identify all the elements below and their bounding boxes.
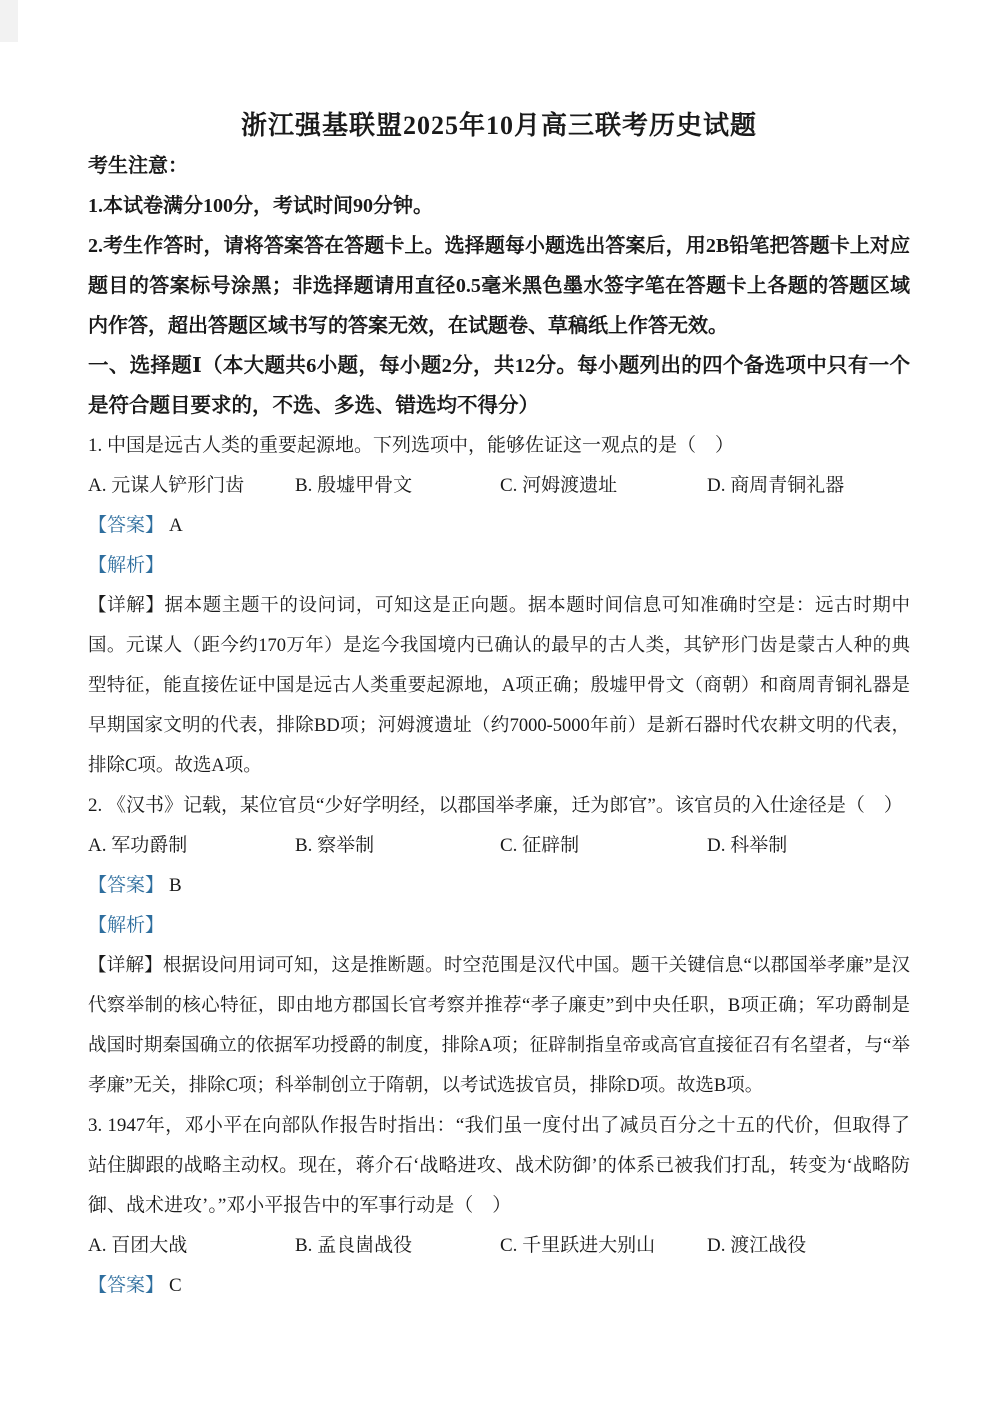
answer-label: 【答案】 [88, 1275, 164, 1296]
answer-line: 【答案】B [88, 866, 910, 906]
option-b: B. 殷墟甲骨文 [295, 466, 500, 506]
detail-paragraph: 【详解】据本题主题干的设问词，可知这是正向题。据本题时间信息可知准确时空是：远古… [88, 586, 910, 786]
option-b: B. 孟良崮战役 [295, 1226, 500, 1266]
notice-line-2: 2.考生作答时，请将答案答在答题卡上。选择题每小题选出答案后，用2B铅笔把答题卡… [88, 226, 910, 346]
answer-letter: A [169, 515, 183, 536]
detail-label: 【详解】 [88, 956, 163, 976]
option-a: A. 元谋人铲形门齿 [88, 466, 295, 506]
option-a: A. 军功爵制 [88, 826, 295, 866]
answer-label: 【答案】 [88, 515, 164, 536]
analysis-line: 【解析】 [88, 906, 910, 946]
detail-text: 根据设问用词可知，这是推断题。时空范围是汉代中国。题干关键信息“以郡国举孝廉”是… [88, 956, 910, 1096]
answer-line: 【答案】A [88, 506, 910, 546]
exam-paper-page: 浙江强基联盟2025年10月高三联考历史试题 考生注意： 1.本试卷满分100分… [0, 0, 1000, 1414]
question-stem: 2. 《汉书》记载，某位官员“少好学明经，以郡国举孝廉，迁为郎官”。该官员的入仕… [88, 786, 910, 826]
option-d: D. 商周青铜礼器 [707, 466, 910, 506]
analysis-label: 【解析】 [88, 555, 164, 576]
option-a: A. 百团大战 [88, 1226, 295, 1266]
notice-line-1: 1.本试卷满分100分，考试时间90分钟。 [88, 186, 910, 226]
detail-text: 据本题主题干的设问词，可知这是正向题。据本题时间信息可知准确时空是：远古时期中国… [88, 596, 910, 776]
option-b: B. 察举制 [295, 826, 500, 866]
question-stem: 3. 1947年，邓小平在向部队作报告时指出：“我们虽一度付出了减员百分之十五的… [88, 1106, 910, 1226]
answer-letter: B [169, 875, 182, 896]
detail-label: 【详解】 [88, 596, 165, 616]
answer-label: 【答案】 [88, 875, 164, 896]
options-row: A. 百团大战B. 孟良崮战役C. 千里跃进大别山D. 渡江战役 [88, 1226, 910, 1266]
detail-paragraph: 【详解】根据设问用词可知，这是推断题。时空范围是汉代中国。题干关键信息“以郡国举… [88, 946, 910, 1106]
answer-line: 【答案】C [88, 1266, 910, 1306]
questions-container: 1. 中国是远古人类的重要起源地。下列选项中，能够佐证这一观点的是（ ）A. 元… [88, 426, 910, 1306]
option-d: D. 科举制 [707, 826, 910, 866]
page-title: 浙江强基联盟2025年10月高三联考历史试题 [88, 106, 910, 146]
option-d: D. 渡江战役 [707, 1226, 910, 1266]
option-c: C. 河姆渡遗址 [500, 466, 707, 506]
options-row: A. 元谋人铲形门齿B. 殷墟甲骨文C. 河姆渡遗址D. 商周青铜礼器 [88, 466, 910, 506]
section-heading: 一、选择题Ⅰ（本大题共6小题，每小题2分，共12分。每小题列出的四个备选项中只有… [88, 346, 910, 426]
analysis-label: 【解析】 [88, 915, 164, 936]
notice-heading: 考生注意： [88, 146, 910, 186]
analysis-line: 【解析】 [88, 546, 910, 586]
options-row: A. 军功爵制B. 察举制C. 征辟制D. 科举制 [88, 826, 910, 866]
option-c: C. 千里跃进大别山 [500, 1226, 707, 1266]
answer-letter: C [169, 1275, 182, 1296]
option-c: C. 征辟制 [500, 826, 707, 866]
question-stem: 1. 中国是远古人类的重要起源地。下列选项中，能够佐证这一观点的是（ ） [88, 426, 910, 466]
